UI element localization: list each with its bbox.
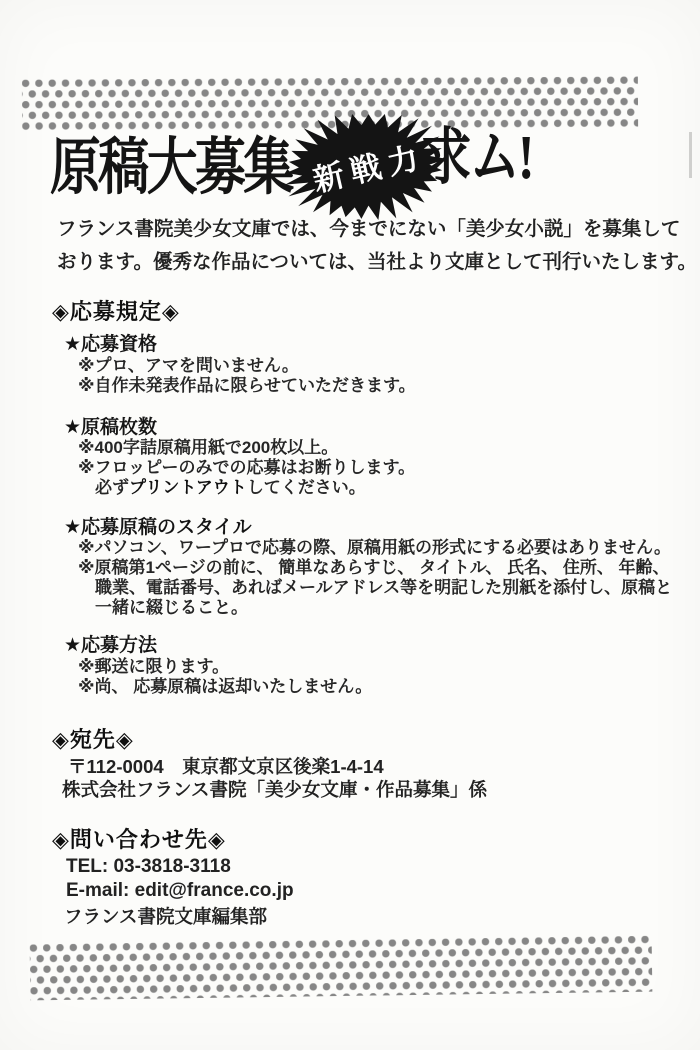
scan-artifact-line bbox=[689, 132, 692, 178]
note-method-2: ※尚、 応募原稿は返却いたしません。 bbox=[78, 672, 372, 697]
scanned-page: 原稿大募集 新戦力 求ム! フランス書院美少女文庫では、今までにない「美少女小説… bbox=[0, 0, 700, 1050]
print-note-pre: 必ず bbox=[95, 478, 129, 497]
section-heading-address: ◈宛先◈ bbox=[52, 723, 134, 754]
address-line-2: 株式会社フランス書院「美少女文庫・作品募集」係 bbox=[62, 776, 487, 802]
note-pages-print: 必ずプリントアウトしてください。 bbox=[95, 473, 366, 498]
intro-line-1: フランス書院美少女文庫では、今までにない「美少女小説」を募集して bbox=[57, 213, 667, 246]
intro-paragraph: フランス書院美少女文庫では、今までにない「美少女小説」を募集して おります。優秀… bbox=[57, 213, 667, 279]
page-title-main: 原稿大募集 bbox=[50, 137, 292, 199]
print-note-bold: プリントアウト bbox=[129, 478, 247, 497]
print-note-post: してください。 bbox=[247, 478, 366, 497]
page-title-tail: 求ム! bbox=[421, 127, 532, 189]
section-heading-rules: ◈応募規定◈ bbox=[52, 295, 180, 326]
note-style-4: 一緒に綴じること。 bbox=[95, 593, 248, 618]
contact-department: フランス書院文庫編集部 bbox=[64, 903, 267, 929]
note-qualification-2: ※自作未発表作品に限らせていただきます。 bbox=[78, 371, 416, 396]
intro-line-2: おります。優秀な作品については、当社より文庫として刊行いたします。 bbox=[57, 246, 667, 279]
section-heading-contact: ◈問い合わせ先◈ bbox=[52, 823, 226, 854]
halftone-band-bottom bbox=[30, 936, 653, 1001]
contact-tel: TEL: 03-3818-3118 bbox=[66, 856, 231, 878]
contact-email: E-mail: edit@france.co.jp bbox=[66, 880, 294, 902]
